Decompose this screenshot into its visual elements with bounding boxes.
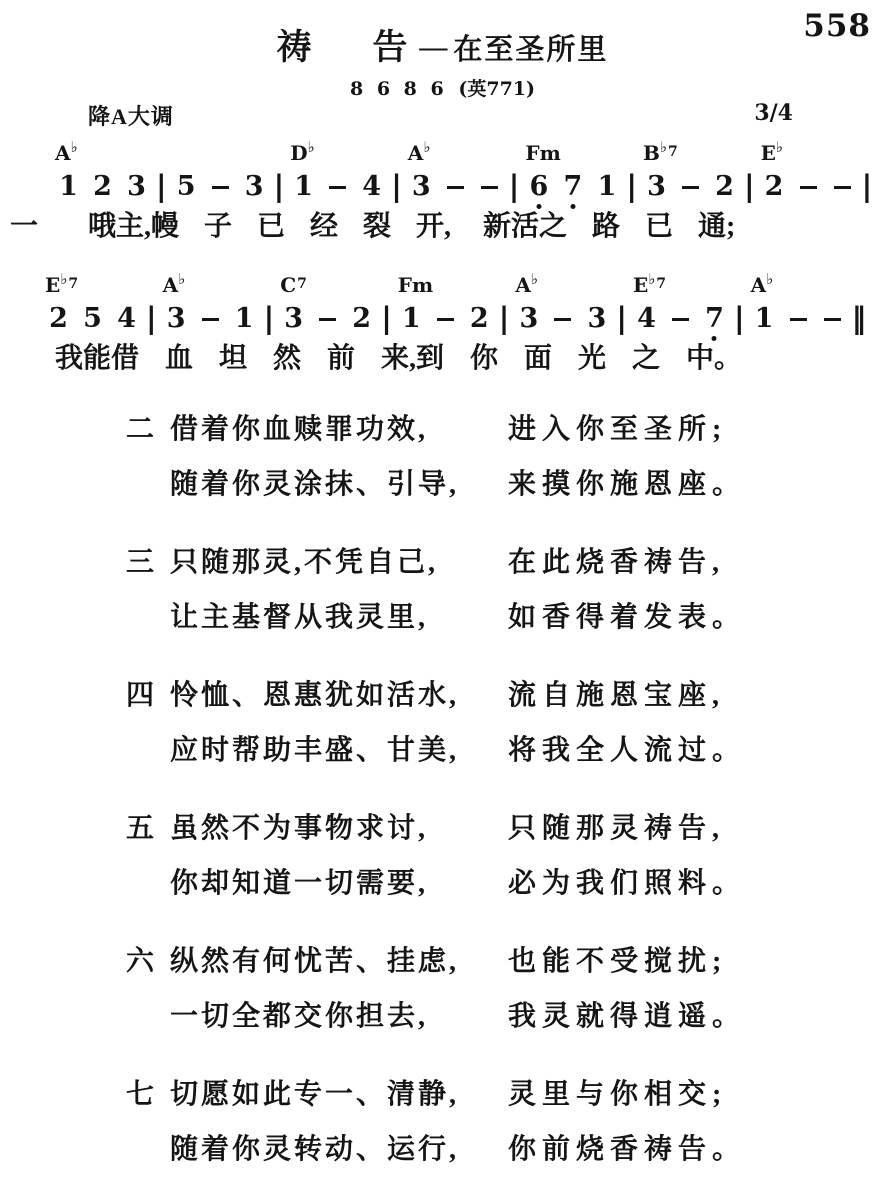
verse-list: 二借着你血赎罪功效,进入你至圣所;随着你灵涂抹、引导,来摸你施恩座。三只随那灵,…: [126, 402, 816, 1195]
note: 1D♭: [293, 163, 314, 200]
chord-label: A♭: [163, 275, 186, 295]
time-signature: 3/4: [754, 100, 793, 126]
dash-icon: [834, 186, 851, 189]
note: 2: [714, 163, 735, 200]
barline: |: [499, 304, 510, 333]
chord-seventh: 7: [297, 276, 307, 292]
verse: 五虽然不为事物求讨,只随那灵祷告,你却知道一切需要,必为我们照料。: [126, 801, 816, 911]
music-line-2: 2E♭754|3A♭1|3C72|1Fm2|3A♭3|4E♭77|1A♭‖: [48, 258, 875, 332]
lyric-line-2: 我能借 血 坦 然 前 来,到 你 面 光 之 中。: [55, 336, 742, 376]
note-value: 4: [637, 305, 656, 332]
verse-number: [126, 457, 170, 512]
note: [445, 163, 466, 200]
note: [552, 295, 573, 332]
barline: |: [616, 304, 627, 333]
verse-number: 二: [126, 402, 170, 457]
note: 1Fm: [401, 295, 422, 332]
verse-text-right: 你前烧香祷告。: [508, 1122, 746, 1177]
verse-line: 一切全都交你担去,我灵就得逍遥。: [126, 989, 816, 1044]
verse-text-right: 在此烧香祷告,: [508, 535, 725, 590]
barline: |: [626, 172, 637, 201]
verse-text-left: 随着你灵转动、运行,: [170, 1122, 508, 1177]
lyric-text: 哦主,幔 子 已 经 裂 开,: [88, 211, 451, 242]
hymn-meter-reference: (英771): [458, 78, 535, 100]
note: [317, 295, 338, 332]
note: 3: [586, 295, 607, 332]
note-value: 1: [59, 173, 78, 200]
note: [200, 295, 221, 332]
note: [210, 163, 231, 200]
verse-text-right: 流自施恩宝座,: [508, 668, 725, 723]
chord-label: D♭: [290, 143, 314, 163]
dash-icon: [212, 186, 229, 189]
verse-line: 二借着你血赎罪功效,进入你至圣所;: [126, 402, 816, 457]
note: 1A♭: [58, 163, 79, 200]
verse-text-right: 来摸你施恩座。: [508, 457, 746, 512]
measure: 3A♭3: [518, 295, 607, 332]
verse-text-right: 将我全人流过。: [508, 723, 746, 778]
note: 3: [244, 163, 265, 200]
dash-icon: [437, 318, 454, 321]
verse-text-right: 进入你至圣所;: [508, 402, 727, 457]
verse: 二借着你血赎罪功效,进入你至圣所;随着你灵涂抹、引导,来摸你施恩座。: [126, 402, 816, 512]
verse-text-left: 让主基督从我灵里,: [170, 590, 508, 645]
flat-icon: ♭: [776, 138, 783, 156]
note-value: 2: [49, 305, 68, 332]
note: 4E♭7: [636, 295, 657, 332]
verse-line: 四怜恤、恩惠犹如活水,流自施恩宝座,: [126, 668, 816, 723]
verse-number: 七: [126, 1067, 170, 1122]
measure: 4E♭77: [636, 295, 725, 332]
chord-label: A♭: [408, 143, 431, 163]
verse-line: 随着你灵涂抹、引导,来摸你施恩座。: [126, 457, 816, 512]
note-value: 2: [715, 173, 734, 200]
measure: 1D♭4: [293, 163, 382, 200]
verse-text-right: 只随那灵祷告,: [508, 801, 725, 856]
note-value: 3: [519, 305, 538, 332]
verse-number: [126, 723, 170, 778]
note: [822, 295, 843, 332]
barline: |: [264, 304, 275, 333]
verse-line: 让主基督从我灵里,如香得着发表。: [126, 590, 816, 645]
flat-icon: ♭: [178, 270, 185, 288]
flat-icon: ♭: [423, 138, 430, 156]
measure: 1Fm2: [401, 295, 490, 332]
chord-label: E♭7: [633, 275, 666, 295]
note: 2: [92, 163, 113, 200]
measure: 3B♭72: [646, 163, 735, 200]
note: 6Fm: [528, 163, 549, 200]
barline: |: [734, 304, 745, 333]
measure: 2E♭754: [48, 295, 137, 332]
verse-text-left: 切愿如此专一、清静,: [170, 1067, 508, 1122]
chord-seventh: 7: [668, 144, 678, 160]
verse-text-left: 虽然不为事物求讨,: [170, 801, 508, 856]
note-value: 2: [93, 173, 112, 200]
hymn-title: 祷 告: [277, 28, 434, 67]
chord-label: B♭7: [643, 143, 678, 163]
verse: 四怜恤、恩惠犹如活水,流自施恩宝座,应时帮助丰盛、甘美,将我全人流过。: [126, 668, 816, 778]
lyric-text: 新活之 路 已 通;: [483, 211, 735, 242]
verse-text-left: 借着你血赎罪功效,: [170, 402, 508, 457]
verse-text-right: 我灵就得逍遥。: [508, 989, 746, 1044]
title-dash: —: [419, 32, 447, 63]
note: 3A♭: [166, 295, 187, 332]
flat-icon: ♭: [71, 138, 78, 156]
verse-line: 六纵然有何忧苦、挂虑,也能不受搅扰;: [126, 934, 816, 989]
verse-text-right: 如香得着发表。: [508, 590, 746, 645]
verse-number: [126, 856, 170, 911]
chord-label: E♭7: [45, 275, 78, 295]
note: [479, 163, 500, 200]
flat-icon: ♭: [766, 270, 773, 288]
note: 1: [234, 295, 255, 332]
note: 3A♭: [411, 163, 432, 200]
verse-number: [126, 1122, 170, 1177]
verse-text-left: 怜恤、恩惠犹如活水,: [170, 668, 508, 723]
barline: |: [274, 172, 285, 201]
verse-number: [126, 590, 170, 645]
note: 5: [176, 163, 197, 200]
note: 7: [704, 295, 725, 332]
meter-row: 8 6 8 6 (英771): [0, 74, 885, 101]
verse-number: 六: [126, 934, 170, 989]
note-value: 1: [402, 305, 421, 332]
note: 2E♭: [764, 163, 785, 200]
verse-text-left: 应时帮助丰盛、甘美,: [170, 723, 508, 778]
chord-seventh: 7: [68, 276, 78, 292]
hymn-meter: 8 6 8 6: [350, 78, 444, 100]
verse: 三只随那灵,不凭自己,在此烧香祷告,让主基督从我灵里,如香得着发表。: [126, 535, 816, 645]
note: [832, 163, 853, 200]
flat-icon: ♭: [660, 138, 667, 156]
note: 2: [351, 295, 372, 332]
note-value: 6: [529, 173, 548, 200]
verse-text-right: 也能不受搅扰;: [508, 934, 727, 989]
note-value: 3: [587, 305, 606, 332]
flat-icon: ♭: [648, 270, 655, 288]
dash-icon: [800, 186, 817, 189]
note-value: 1: [294, 173, 313, 200]
flat-icon: ♭: [531, 270, 538, 288]
note: [327, 163, 348, 200]
chord-label: A♭: [55, 143, 78, 163]
note: 4: [116, 295, 137, 332]
note-value: 7: [705, 305, 724, 332]
note: [670, 295, 691, 332]
lyric-text: 我能借 血 坦 然 前 来,到 你 面 光 之 中。: [55, 343, 742, 374]
note-value: 2: [765, 173, 784, 200]
dash-icon: [790, 318, 807, 321]
verse-line: 应时帮助丰盛、甘美,将我全人流过。: [126, 723, 816, 778]
note-value: 3: [647, 173, 666, 200]
note: [788, 295, 809, 332]
lyric-line-1: 一哦主,幔 子 已 经 裂 开,新活之 路 已 通;: [10, 204, 735, 244]
dash-icon: [329, 186, 346, 189]
verse-line: 你却知道一切需要,必为我们照料。: [126, 856, 816, 911]
barline: |: [744, 172, 755, 201]
verse-number: 四: [126, 668, 170, 723]
note: [798, 163, 819, 200]
note: 1: [596, 163, 617, 200]
note: 3C7: [283, 295, 304, 332]
barline: |: [156, 172, 167, 201]
measure: 1A♭23: [58, 163, 147, 200]
chord-label: A♭: [515, 275, 538, 295]
chord-seventh: 7: [656, 276, 666, 292]
note: 2: [469, 295, 490, 332]
verse-line: 五虽然不为事物求讨,只随那灵祷告,: [126, 801, 816, 856]
verse-text-right: 灵里与你相交;: [508, 1067, 727, 1122]
dash-icon: [824, 318, 841, 321]
note-value: 5: [177, 173, 196, 200]
measure: 1A♭: [754, 295, 843, 332]
verse-number: 三: [126, 535, 170, 590]
final-barline: ‖: [852, 304, 867, 333]
hymn-page: 558 祷 告 — 在至圣所里 8 6 8 6 (英771) 降A大调 3/4 …: [0, 0, 885, 1195]
note-value: 3: [127, 173, 146, 200]
measure: 3A♭1: [166, 295, 255, 332]
verse-line: 三只随那灵,不凭自己,在此烧香祷告,: [126, 535, 816, 590]
chord-label: C7: [280, 275, 307, 295]
dash-icon: [447, 186, 464, 189]
verse: 六纵然有何忧苦、挂虑,也能不受搅扰;一切全都交你担去,我灵就得逍遥。: [126, 934, 816, 1044]
note-value: 4: [362, 173, 381, 200]
dash-icon: [672, 318, 689, 321]
note-value: 1: [235, 305, 254, 332]
verse-line: 随着你灵转动、运行,你前烧香祷告。: [126, 1122, 816, 1177]
note: 3B♭7: [646, 163, 667, 200]
verse: 七切愿如此专一、清静,灵里与你相交;随着你灵转动、运行,你前烧香祷告。: [126, 1067, 816, 1177]
barline: |: [391, 172, 402, 201]
verse-text-right: 必为我们照料。: [508, 856, 746, 911]
chord-label: E♭: [761, 143, 783, 163]
barline: |: [509, 172, 520, 201]
chord-label: Fm: [525, 143, 560, 163]
dash-icon: [319, 318, 336, 321]
note: 1A♭: [754, 295, 775, 332]
note-value: 4: [117, 305, 136, 332]
note-value: 3: [412, 173, 431, 200]
note-value: 2: [352, 305, 371, 332]
measure: 6Fm71: [528, 163, 617, 200]
note-value: 1: [755, 305, 774, 332]
verse-number: [126, 989, 170, 1044]
verse-text-left: 你却知道一切需要,: [170, 856, 508, 911]
note: 2E♭7: [48, 295, 69, 332]
note: [680, 163, 701, 200]
barline: |: [862, 172, 873, 201]
measure: 3C72: [283, 295, 372, 332]
flat-icon: ♭: [60, 270, 67, 288]
measure: 53: [176, 163, 265, 200]
note-value: 1: [597, 173, 616, 200]
measure: 3A♭: [411, 163, 500, 200]
verse-text-left: 纵然有何忧苦、挂虑,: [170, 934, 508, 989]
note: 3: [126, 163, 147, 200]
chord-label: Fm: [398, 275, 433, 295]
note-value: 3: [167, 305, 186, 332]
verse-text-left: 只随那灵,不凭自己,: [170, 535, 508, 590]
flat-icon: ♭: [308, 138, 315, 156]
dash-icon: [682, 186, 699, 189]
chord-label: A♭: [751, 275, 774, 295]
note-value: 3: [284, 305, 303, 332]
verse-number: 五: [126, 801, 170, 856]
music-line-1: 1A♭23|53|1D♭4|3A♭|6Fm71|3B♭72|2E♭|: [58, 126, 881, 200]
barline: |: [146, 304, 157, 333]
note: 5: [82, 295, 103, 332]
verse-line: 七切愿如此专一、清静,灵里与你相交;: [126, 1067, 816, 1122]
dash-icon: [202, 318, 219, 321]
note: 7: [562, 163, 583, 200]
dash-icon: [481, 186, 498, 189]
note: 3A♭: [518, 295, 539, 332]
verse-text-left: 随着你灵涂抹、引导,: [170, 457, 508, 512]
verse-number: 一: [10, 211, 38, 242]
note-value: 5: [83, 305, 102, 332]
note: [435, 295, 456, 332]
title-row: 祷 告 — 在至圣所里: [0, 20, 885, 70]
note-value: 7: [563, 173, 582, 200]
hymn-subtitle: 在至圣所里: [453, 34, 608, 66]
note-value: 3: [245, 173, 264, 200]
note: 4: [361, 163, 382, 200]
barline: |: [381, 304, 392, 333]
verse-text-left: 一切全都交你担去,: [170, 989, 508, 1044]
dash-icon: [554, 318, 571, 321]
measure: 2E♭: [764, 163, 853, 200]
note-value: 2: [470, 305, 489, 332]
